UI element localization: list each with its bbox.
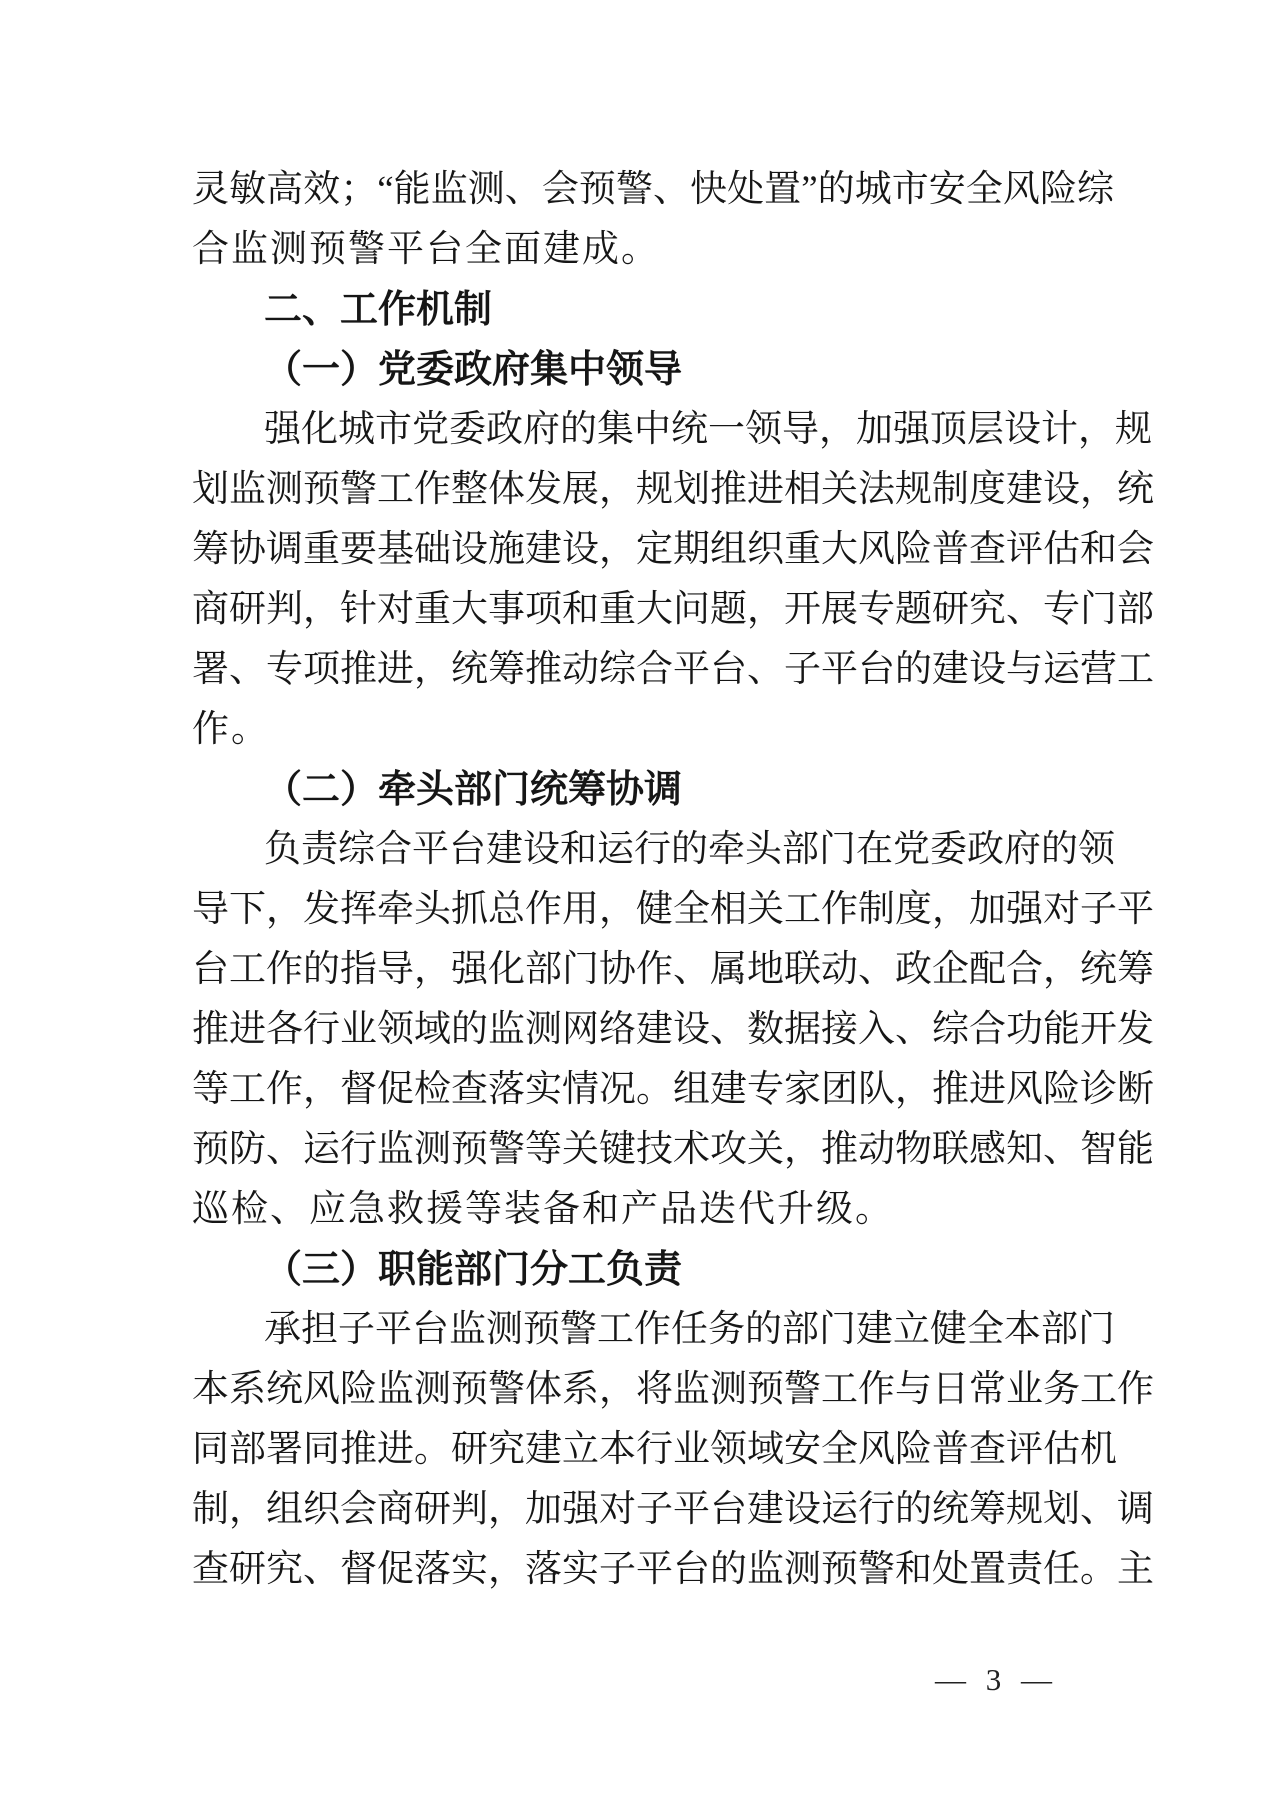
document-body: 灵敏高效；“能监测、会预警、快处置”的城市安全风险综合监测预警平台全面建成。二、… [192,160,1114,1600]
text-line: 筹协调重要基础设施建设，定期组织重大风险普查评估和会 [192,520,1114,580]
text-line: 商研判，针对重大事项和重大问题，开展专题研究、专门部 [192,580,1114,640]
text-line: 等工作，督促检查落实情况。组建专家团队，推进风险诊断 [192,1060,1114,1120]
text-line: 负责综合平台建设和运行的牵头部门在党委政府的领 [192,820,1114,880]
text-line: 承担子平台监测预警工作任务的部门建立健全本部门 [192,1300,1114,1360]
text-line: 台工作的指导，强化部门协作、属地联动、政企配合，统筹 [192,940,1114,1000]
paragraph-end-line: 作。 [192,700,1114,760]
text-line: 导下，发挥牵头抓总作用，健全相关工作制度，加强对子平 [192,880,1114,940]
text-line: 同部署同推进。研究建立本行业领域安全风险普查评估机 [192,1420,1114,1480]
text-line: 强化城市党委政府的集中统一领导，加强顶层设计，规 [192,400,1114,460]
text-line: 推进各行业领域的监测网络建设、数据接入、综合功能开发 [192,1000,1114,1060]
paragraph-end-line: 巡检、应急救援等装备和产品迭代升级。 [192,1180,1114,1240]
text-line: 本系统风险监测预警体系，将监测预警工作与日常业务工作 [192,1360,1114,1420]
text-line: 查研究、督促落实，落实子平台的监测预警和处置责任。主 [192,1540,1114,1600]
section-heading-level2: （三）职能部门分工负责 [192,1240,1114,1300]
paragraph-end-line: 合监测预警平台全面建成。 [192,220,1114,280]
section-heading-level2: （一）党委政府集中领导 [192,340,1114,400]
text-line: 划监测预警工作整体发展，规划推进相关法规制度建设，统 [192,460,1114,520]
text-line: 灵敏高效；“能监测、会预警、快处置”的城市安全风险综 [192,160,1114,220]
section-heading-level2: （二）牵头部门统筹协调 [192,760,1114,820]
page-number: — 3 — [935,1659,1058,1701]
text-line: 预防、运行监测预警等关键技术攻关，推动物联感知、智能 [192,1120,1114,1180]
section-heading-level1: 二、工作机制 [192,280,1114,340]
document-page: 灵敏高效；“能监测、会预警、快处置”的城市安全风险综合监测预警平台全面建成。二、… [0,0,1280,1810]
text-line: 制，组织会商研判，加强对子平台建设运行的统筹规划、调 [192,1480,1114,1540]
text-line: 署、专项推进，统筹推动综合平台、子平台的建设与运营工 [192,640,1114,700]
